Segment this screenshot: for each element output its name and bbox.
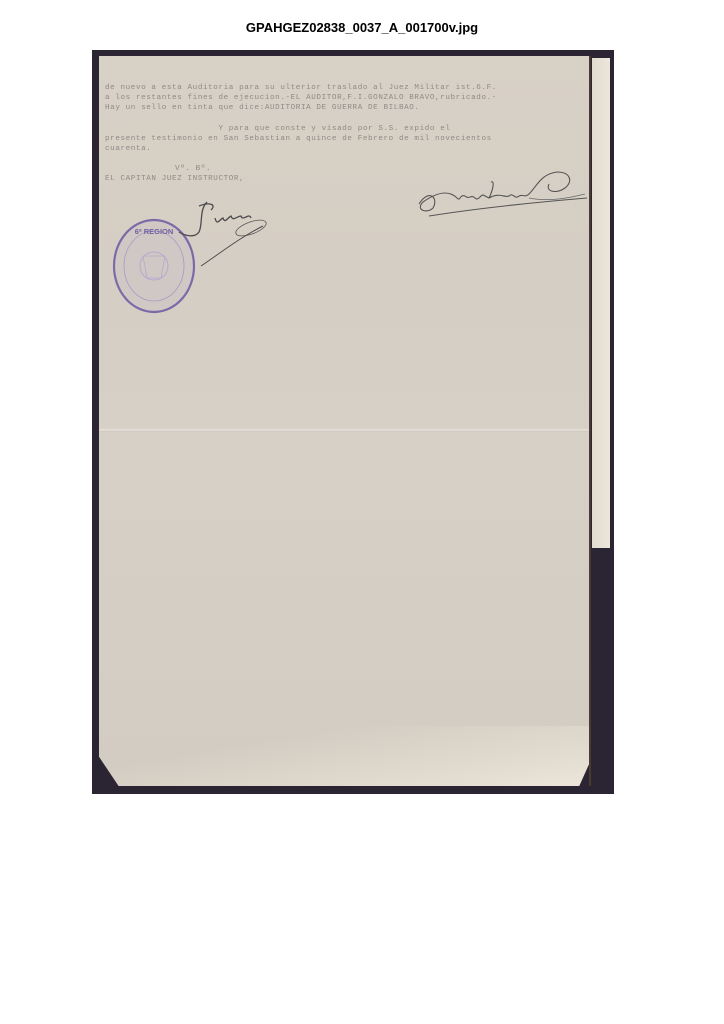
paragraph-1-line-1: de nuevo a esta Auditoria para su ulteri… [105, 84, 497, 94]
paragraph-2-line-2: presente testimonio en San Sebastian a q… [105, 135, 492, 145]
signature-left [159, 196, 269, 276]
page-edge-line [589, 56, 591, 786]
signature-right [409, 168, 589, 220]
approval-mark: Vº. Bº. [175, 165, 211, 175]
file-title: GPAHGEZ02838_0037_A_001700v.jpg [0, 20, 724, 35]
document-page: de nuevo a esta Auditoria para su ulteri… [99, 56, 589, 786]
paragraph-1-line-3: Hay un sello en tinta que dice:AUDITORIA… [105, 104, 420, 114]
paragraph-2-line-1: Y para que conste y visado por S.S. expi… [105, 125, 451, 135]
paragraph-2-line-3: cuarenta. [105, 145, 151, 155]
signatory-title: EL CAPITAN JUEZ INSTRUCTOR, [105, 175, 244, 185]
adjacent-page-strip [592, 58, 610, 548]
paragraph-1-line-2: a los restantes fines de ejecucion.-EL A… [105, 94, 497, 104]
document-scan: de nuevo a esta Auditoria para su ulteri… [92, 50, 614, 794]
